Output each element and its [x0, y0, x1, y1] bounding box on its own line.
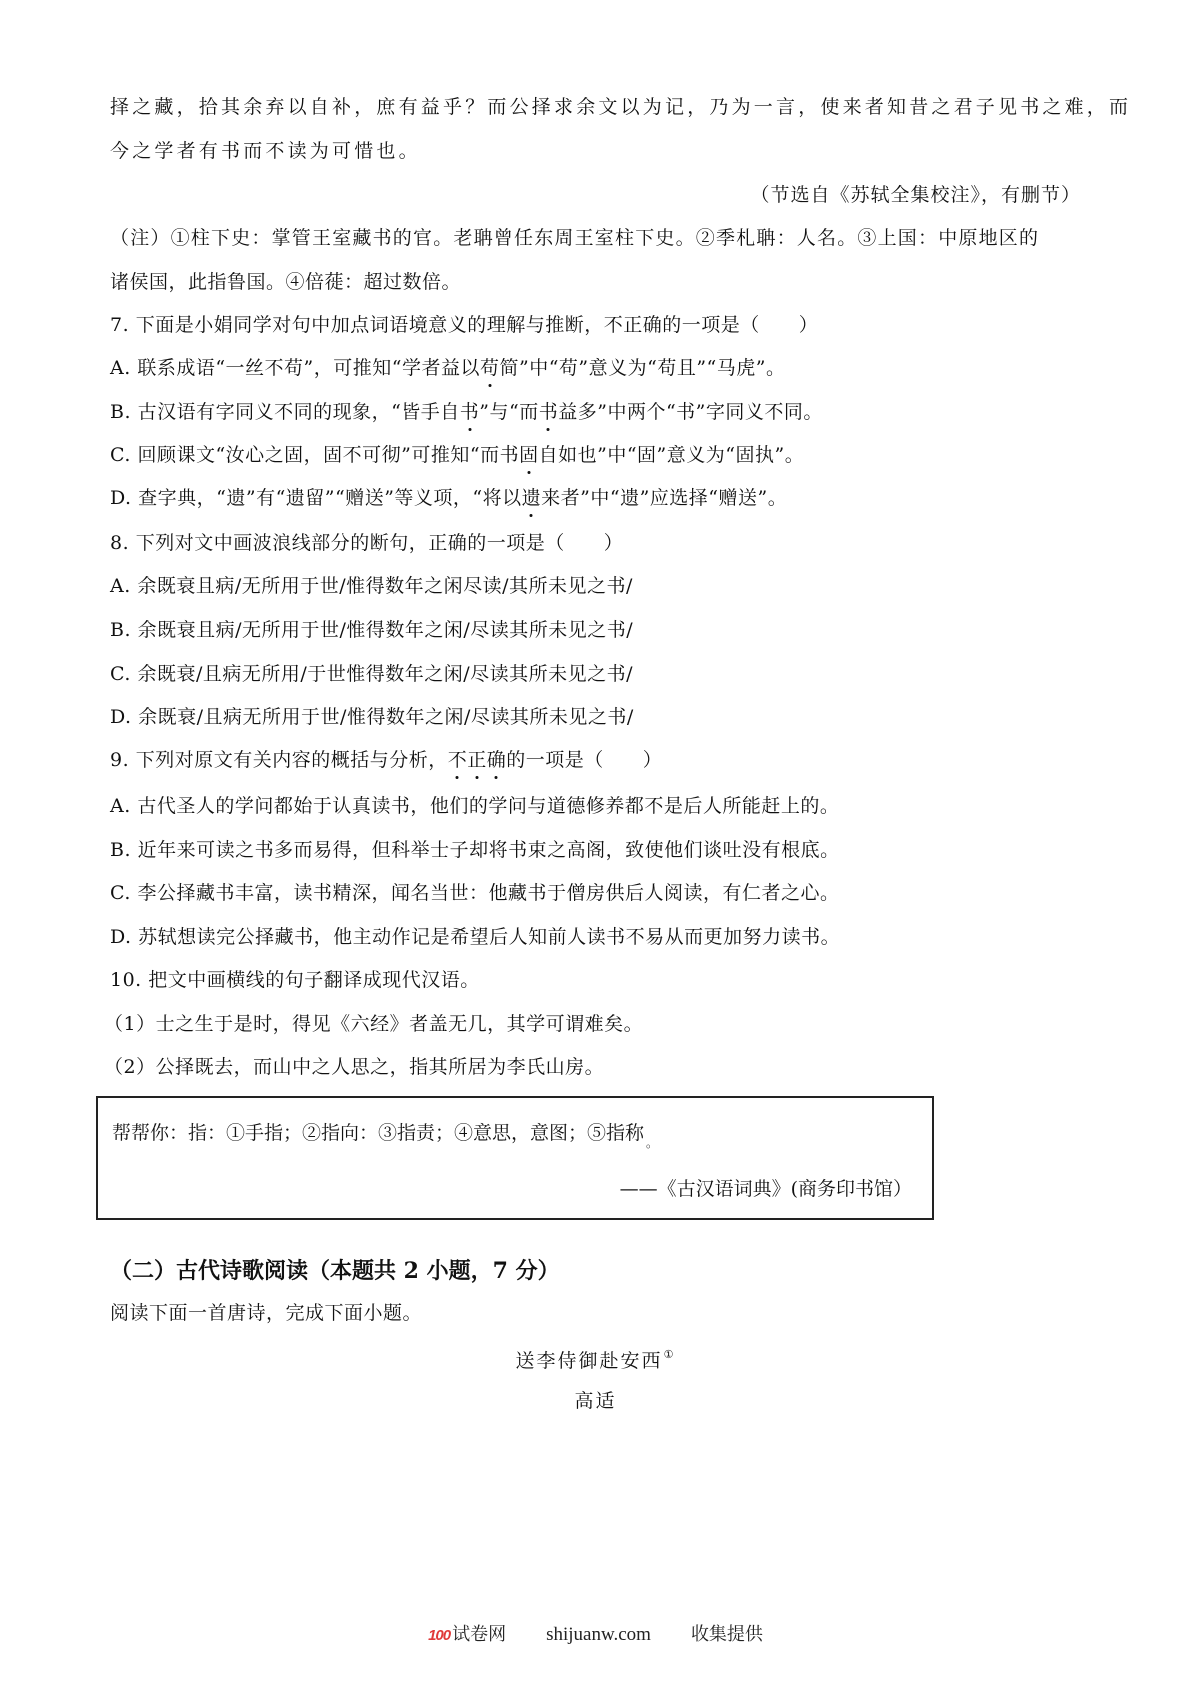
emphasis-dot-char: 正 [467, 747, 487, 773]
passage-line-1: 择之藏，拾其余弃以自补，庶有益乎？而公择求余文以为记，乃为一言，使来者知昔之君子… [110, 94, 1131, 120]
emphasis-dot-char: 不 [448, 747, 468, 773]
emphasis-dot-char: 书 [460, 399, 480, 425]
question-8-option-a[interactable]: A. 余既衰且病/无所用于世/惟得数年之闲尽读/其所未见之书/ [110, 573, 633, 599]
option-text: 益多”中两个“书”字同义不同。 [558, 401, 823, 423]
help-definition: 帮帮你：指：①手指；②指向：③指责；④意思，意图；⑤指称 [112, 1122, 644, 1144]
question-8-stem: 8. 下列对文中画波浪线部分的断句，正确的一项是（ ） [110, 530, 623, 556]
question-10-stem: 10. 把文中画横线的句子翻译成现代汉语。 [110, 967, 480, 993]
option-label: D. [110, 487, 132, 509]
option-text: 余既衰且病/无所用于世/惟得数年之闲/尽读其所未见之书/ [138, 619, 634, 641]
option-label: B. [110, 839, 131, 861]
option-text: 查字典，“遗”有“遗留”“赠送”等义项，“将以 [138, 487, 522, 509]
question-text: 的一项是（ ） [506, 749, 662, 771]
option-text: 古汉语有字同义不同的现象，“皆手自 [138, 401, 460, 423]
emphasis-dot-char: 固 [519, 442, 539, 468]
help-box: 帮帮你：指：①手指；②指向：③指责；④意思，意图；⑤指称。 ——《古汉语词典》(… [96, 1096, 934, 1220]
option-label: B. [110, 401, 131, 423]
page-footer: 100试卷网shijuanw.com收集提供 [0, 1622, 1191, 1649]
section-instruction: 阅读下面一首唐诗，完成下面小题。 [110, 1300, 422, 1326]
question-text: 下列对文中画波浪线部分的断句，正确的一项是（ ） [136, 532, 624, 554]
option-text: 苏轼想读完公择藏书，他主动作记是希望后人知前人读书不易从而更加努力读书。 [138, 926, 840, 948]
poem-title: 送李侍御赴安西① [0, 1342, 1191, 1374]
question-number: 10. [110, 969, 142, 991]
option-text: 简”中“苟”意义为“苟且”“马虎”。 [499, 357, 785, 379]
emphasis-dot-char: 书 [539, 399, 559, 425]
emphasis-dot-char: 遗 [522, 485, 542, 511]
option-text: 联系成语“一丝不苟”，可推知“学者益以 [137, 357, 480, 379]
notes-line-1: （注）①柱下史：掌管王室藏书的官。老聃曾任东周王室柱下史。②季札聃：人名。③上国… [110, 225, 1039, 251]
site-logo-icon: 100 [428, 1627, 450, 1644]
option-label: D. [110, 706, 132, 728]
question-9-option-d[interactable]: D. 苏轼想读完公择藏书，他主动作记是希望后人知前人读书不易从而更加努力读书。 [110, 924, 840, 950]
question-9-option-c[interactable]: C. 李公择藏书丰富，读书精深，闻名当世：他藏书于僧房供后人阅读，有仁者之心。 [110, 880, 839, 906]
question-10-item-1: （1）士之生于是时，得见《六经》者盖无几，其学可谓难矣。 [104, 1011, 643, 1037]
section-title: （二）古代诗歌阅读（本题共 2 小题，7 分） [110, 1256, 560, 1286]
question-7-option-d[interactable]: D. 查字典，“遗”有“遗留”“赠送”等义项，“将以遗来者”中“遗”应选择“赠送… [110, 485, 787, 511]
option-label: B. [110, 619, 131, 641]
question-number: 8. [110, 532, 129, 554]
poem-author: 高适 [0, 1388, 1191, 1414]
site-name: 试卷网 [452, 1624, 506, 1645]
question-9-stem: 9. 下列对原文有关内容的概括与分析，不正确的一项是（ ） [110, 747, 662, 773]
question-8-option-d[interactable]: D. 余既衰/且病无所用于世/惟得数年之闲/尽读其所未见之书/ [110, 704, 634, 730]
option-text: 古代圣人的学问都始于认真读书，他们的学问与道德修养都不是后人所能赶上的。 [137, 795, 839, 817]
question-8-option-b[interactable]: B. 余既衰且病/无所用于世/惟得数年之闲/尽读其所未见之书/ [110, 617, 633, 643]
notes-line-2: 诸侯国，此指鲁国。④倍蓰：超过数倍。 [110, 269, 461, 295]
option-text: 自如也”中“固”意义为“固执”。 [539, 444, 805, 466]
option-text: 近年来可读之书多而易得，但科举士子却将书束之高阁，致使他们谈吐没有根底。 [138, 839, 840, 861]
question-9-option-a[interactable]: A. 古代圣人的学问都始于认真读书，他们的学问与道德修养都不是后人所能赶上的。 [110, 793, 839, 819]
passage-source: （节选自《苏轼全集校注》，有删节） [750, 182, 1081, 208]
help-reference: ——《古汉语词典》(商务印书馆） [620, 1176, 912, 1202]
help-period: 。 [646, 1136, 658, 1150]
help-text: 帮帮你：指：①手指；②指向：③指责；④意思，意图；⑤指称。 [112, 1120, 658, 1156]
passage-line-2: 今之学者有书而不读为可惜也。 [110, 138, 421, 164]
site-url[interactable]: shijuanw.com [546, 1624, 651, 1645]
question-10-item-2: （2）公择既去，而山中之人思之，指其所居为李氏山房。 [104, 1054, 604, 1080]
question-7-option-c[interactable]: C. 回顾课文“汝心之固，固不可彻”可推知“而书固自如也”中“固”意义为“固执”… [110, 442, 804, 468]
option-label: C. [110, 882, 131, 904]
question-7-stem: 7. 下面是小娟同学对句中加点词语境意义的理解与推断，不正确的一项是（ ） [110, 312, 818, 338]
option-text: 来者”中“遗”应选择“赠送”。 [541, 487, 787, 509]
poem-title-text: 送李侍御赴安西 [516, 1350, 663, 1372]
footer-credit: 收集提供 [691, 1624, 763, 1645]
question-7-option-a[interactable]: A. 联系成语“一丝不苟”，可推知“学者益以苟简”中“苟”意义为“苟且”“马虎”… [110, 355, 785, 381]
option-text: 余既衰/且病无所用/于世惟得数年之闲/尽读其所未见之书/ [137, 663, 633, 685]
option-label: A. [110, 795, 131, 817]
option-label: A. [110, 357, 131, 379]
question-number: 7. [110, 314, 129, 336]
question-text: 把文中画横线的句子翻译成现代汉语。 [148, 969, 480, 991]
option-label: C. [110, 663, 131, 685]
option-label: D. [110, 926, 132, 948]
option-text: 余既衰且病/无所用于世/惟得数年之闲尽读/其所未见之书/ [137, 575, 633, 597]
emphasis-dot-char: 苟 [480, 355, 500, 381]
emphasis-dot-char: 确 [487, 747, 507, 773]
question-text: 下面是小娟同学对句中加点词语境意义的理解与推断，不正确的一项是（ ） [136, 314, 819, 336]
question-8-option-c[interactable]: C. 余既衰/且病无所用/于世惟得数年之闲/尽读其所未见之书/ [110, 661, 633, 687]
option-text: 余既衰/且病无所用于世/惟得数年之闲/尽读其所未见之书/ [138, 706, 634, 728]
question-7-option-b[interactable]: B. 古汉语有字同义不同的现象，“皆手自书”与“而书益多”中两个“书”字同义不同… [110, 399, 823, 425]
question-text: 下列对原文有关内容的概括与分析， [136, 749, 448, 771]
question-9-option-b[interactable]: B. 近年来可读之书多而易得，但科举士子却将书束之高阁，致使他们谈吐没有根底。 [110, 837, 840, 863]
question-number: 9. [110, 749, 129, 771]
option-text: ”与“而 [479, 401, 538, 423]
option-text: 回顾课文“汝心之固，固不可彻”可推知“而书 [137, 444, 519, 466]
option-label: A. [110, 575, 131, 597]
option-label: C. [110, 444, 131, 466]
footnote-marker: ① [664, 1348, 676, 1361]
option-text: 李公择藏书丰富，读书精深，闻名当世：他藏书于僧房供后人阅读，有仁者之心。 [137, 882, 839, 904]
